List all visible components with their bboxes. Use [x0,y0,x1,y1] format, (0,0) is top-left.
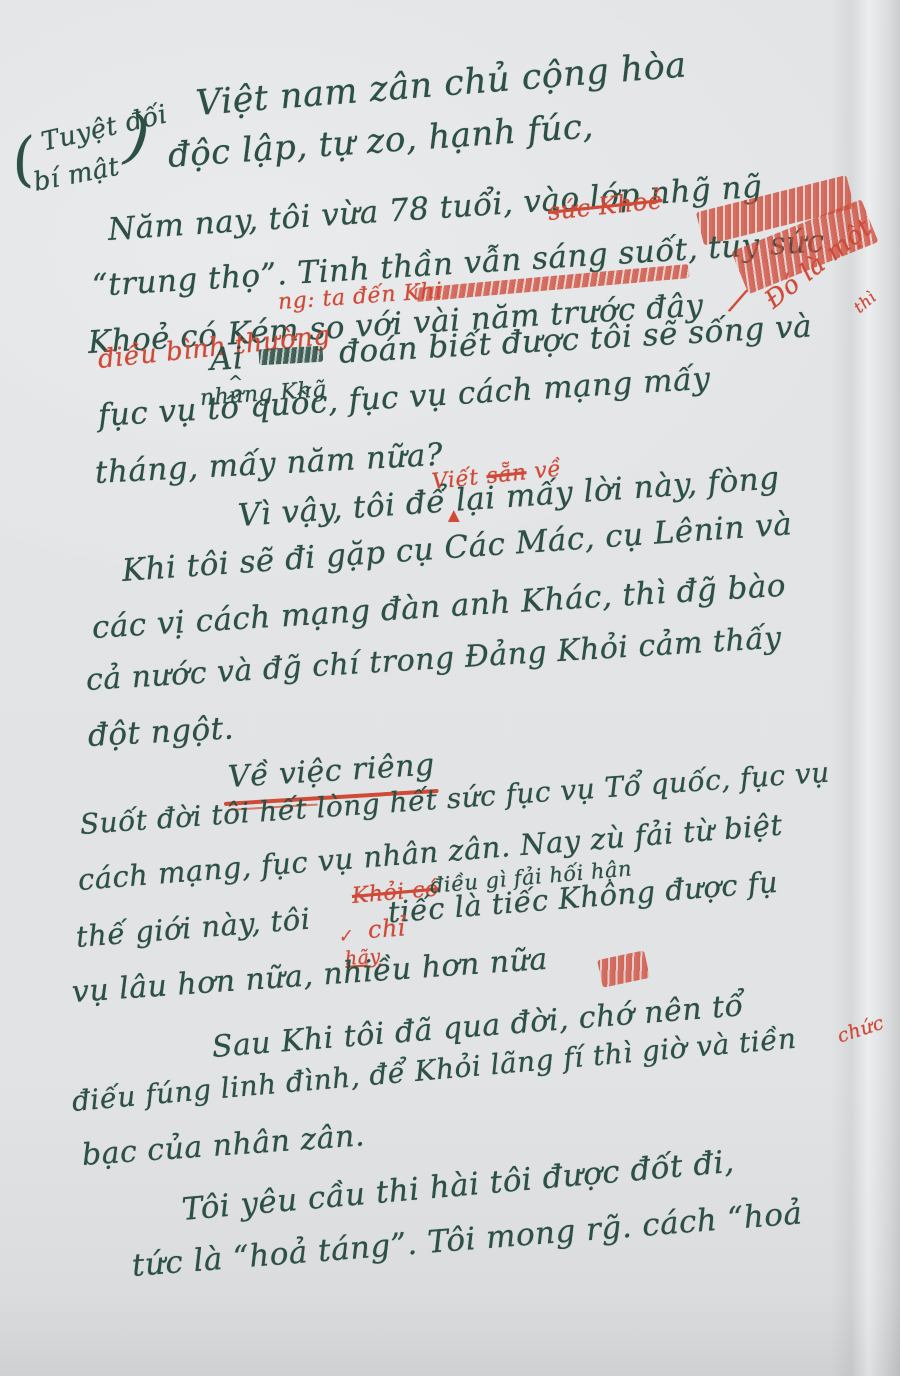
red-check-mark: ✓ [336,926,354,948]
body-line-18: bạc của nhân zân. [81,1118,366,1173]
header-line-1: Việt nam zân chủ cộng hòa [194,45,688,123]
margin-note-line-2: bí mật [31,152,122,198]
red-margin-thi: thì [850,287,880,317]
body-line-11: đột ngột. [87,710,235,754]
red-insertion-chi: chỉ [367,913,407,944]
manuscript-page: ( Tuyệt đối bí mật ) Việt nam zân chủ cộ… [0,0,900,1376]
body-line-15: vụ lâu hơn nữa, nhiều hơn nữa [71,942,549,1010]
green-scratched-out-word [259,346,324,366]
body-line-6: tháng, mấy năm nữa? [94,437,444,491]
red-scratch-out-word [597,950,650,987]
body-line-14-start: thế giới này, tôi [75,902,312,954]
body-line-5: fục vụ tổ quốc, fục vụ cách mạng mấy [97,361,712,434]
red-insertion-chuc: chức [835,1012,887,1048]
